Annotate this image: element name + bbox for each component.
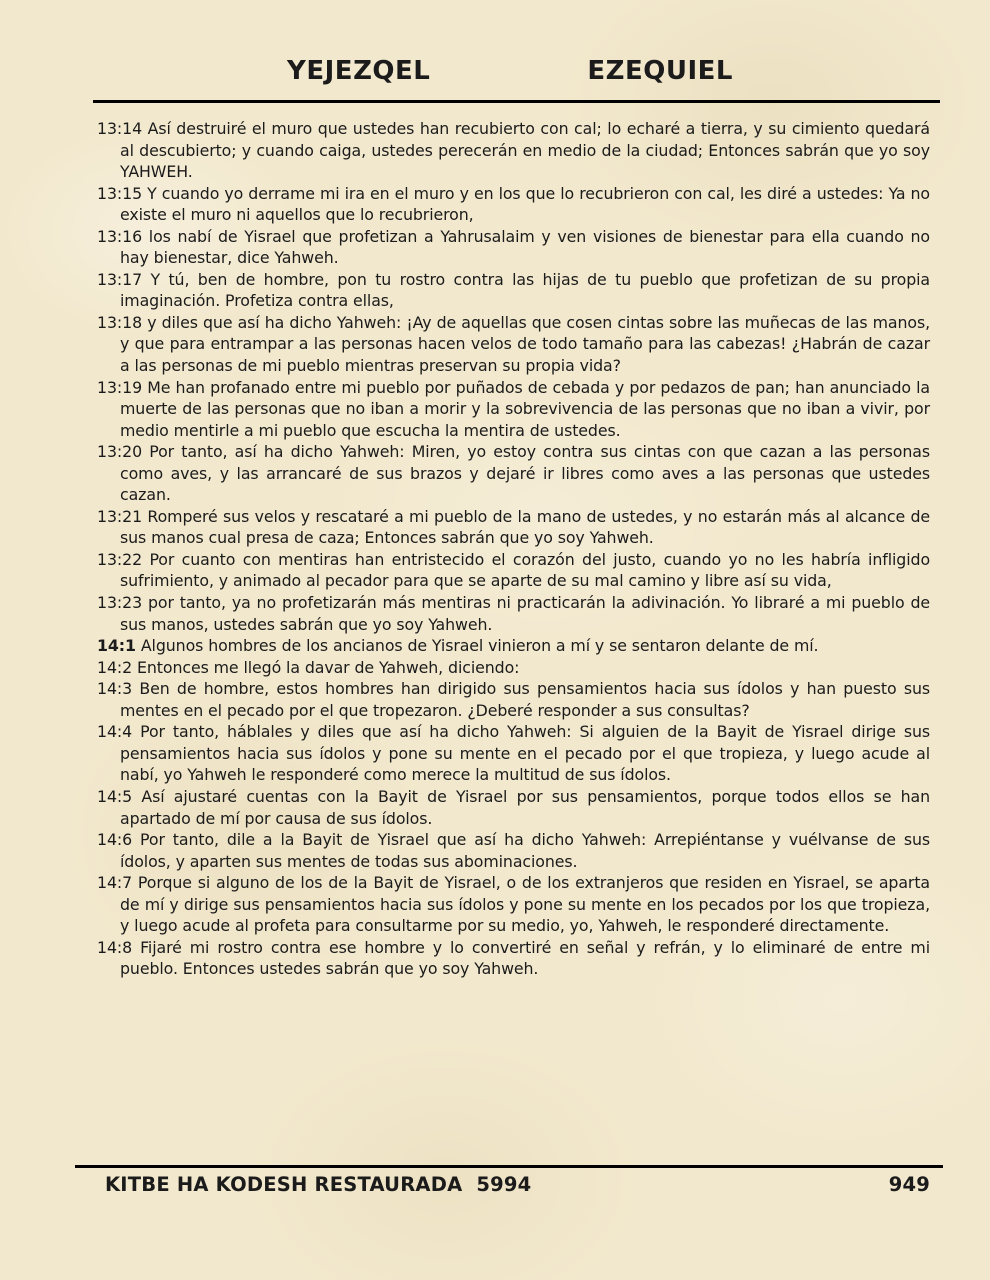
verse: 13:21 Romperé sus velos y rescataré a mi… (97, 506, 930, 549)
verse-text: Por tanto, dile a la Bayit de Yisrael qu… (120, 830, 930, 871)
header-divider-rule (93, 100, 940, 103)
verse-number: 14:5 (97, 787, 132, 806)
verse-text: Me han profanado entre mi pueblo por puñ… (120, 378, 930, 440)
verse-text: Así destruiré el muro que ustedes han re… (120, 119, 930, 181)
verse-text-block: 13:14 Así destruiré el muro que ustedes … (97, 118, 930, 980)
verse-number: 13:18 (97, 313, 142, 332)
verse-text: Por cuanto con mentiras han entristecido… (120, 550, 930, 591)
verse: 13:23 por tanto, ya no profetizarán más … (97, 592, 930, 635)
scripture-page: YEJEZQEL EZEQUIEL 13:14 Así destruiré el… (0, 0, 990, 1280)
verse-text: y diles que así ha dicho Yahweh: ¡Ay de … (120, 313, 930, 375)
verse-number: 13:22 (97, 550, 142, 569)
verse-text: Algunos hombres de los ancianos de Yisra… (141, 636, 819, 655)
verse: 14:6 Por tanto, dile a la Bayit de Yisra… (97, 829, 930, 872)
verse-text: Por tanto, háblales y diles que así ha d… (120, 722, 930, 784)
verse: 13:17 Y tú, ben de hombre, pon tu rostro… (97, 269, 930, 312)
verse-text: Por tanto, así ha dicho Yahweh: Miren, y… (120, 442, 930, 504)
verse-number: 13:21 (97, 507, 142, 526)
verse-text: Porque si alguno de los de la Bayit de Y… (120, 873, 930, 935)
verse-text: los nabí de Yisrael que profetizan a Yah… (120, 227, 930, 268)
verse-text: Y cuando yo derrame mi ira en el muro y … (120, 184, 930, 225)
verse: 13:16 los nabí de Yisrael que profetizan… (97, 226, 930, 269)
book-title-transliterated: YEJEZQEL (287, 56, 430, 86)
verse-number: 13:20 (97, 442, 142, 461)
footer-page-number: 949 (889, 1173, 930, 1196)
verse-number: 14:8 (97, 938, 132, 957)
verse-number: 13:15 (97, 184, 142, 203)
verse: 14:5 Así ajustaré cuentas con la Bayit d… (97, 786, 930, 829)
verse: 14:3 Ben de hombre, estos hombres han di… (97, 678, 930, 721)
verse: 13:14 Así destruiré el muro que ustedes … (97, 118, 930, 183)
verse-number: 14:6 (97, 830, 132, 849)
verse-number: 13:23 (97, 593, 142, 612)
book-title-spanish: EZEQUIEL (587, 56, 733, 86)
verse-text: Romperé sus velos y rescataré a mi puebl… (120, 507, 930, 548)
verse-text: Fijaré mi rostro contra ese hombre y lo … (120, 938, 930, 979)
verse-number: 14:1 (97, 636, 136, 655)
verse: 14:1 Algunos hombres de los ancianos de … (97, 635, 930, 657)
verse: 13:19 Me han profanado entre mi pueblo p… (97, 377, 930, 442)
verse-number: 13:19 (97, 378, 142, 397)
verse: 13:22 Por cuanto con mentiras han entris… (97, 549, 930, 592)
verse-text: Y tú, ben de hombre, pon tu rostro contr… (120, 270, 930, 311)
verse-number: 14:2 (97, 658, 132, 677)
page-header: YEJEZQEL EZEQUIEL (15, 56, 990, 86)
footer-divider-rule (75, 1165, 943, 1168)
page-footer: KITBE HA KODESH RESTAURADA 5994 949 (105, 1173, 930, 1196)
verse-text: Así ajustaré cuentas con la Bayit de Yis… (120, 787, 930, 828)
verse: 14:4 Por tanto, háblales y diles que así… (97, 721, 930, 786)
verse: 14:7 Porque si alguno de los de la Bayit… (97, 872, 930, 937)
verse: 14:2 Entonces me llegó la davar de Yahwe… (97, 657, 930, 679)
verse-number: 14:7 (97, 873, 132, 892)
verse-number: 13:16 (97, 227, 142, 246)
verse-text: Entonces me llegó la davar de Yahweh, di… (137, 658, 519, 677)
verse-number: 14:4 (97, 722, 132, 741)
verse: 13:20 Por tanto, así ha dicho Yahweh: Mi… (97, 441, 930, 506)
verse-text: Ben de hombre, estos hombres han dirigid… (120, 679, 930, 720)
verse: 13:15 Y cuando yo derrame mi ira en el m… (97, 183, 930, 226)
verse-number: 13:17 (97, 270, 142, 289)
footer-publication-title: KITBE HA KODESH RESTAURADA 5994 (105, 1173, 531, 1196)
verse-text: por tanto, ya no profetizarán más mentir… (120, 593, 930, 634)
verse-number: 13:14 (97, 119, 142, 138)
verse: 14:8 Fijaré mi rostro contra ese hombre … (97, 937, 930, 980)
verse-number: 14:3 (97, 679, 132, 698)
verse: 13:18 y diles que así ha dicho Yahweh: ¡… (97, 312, 930, 377)
